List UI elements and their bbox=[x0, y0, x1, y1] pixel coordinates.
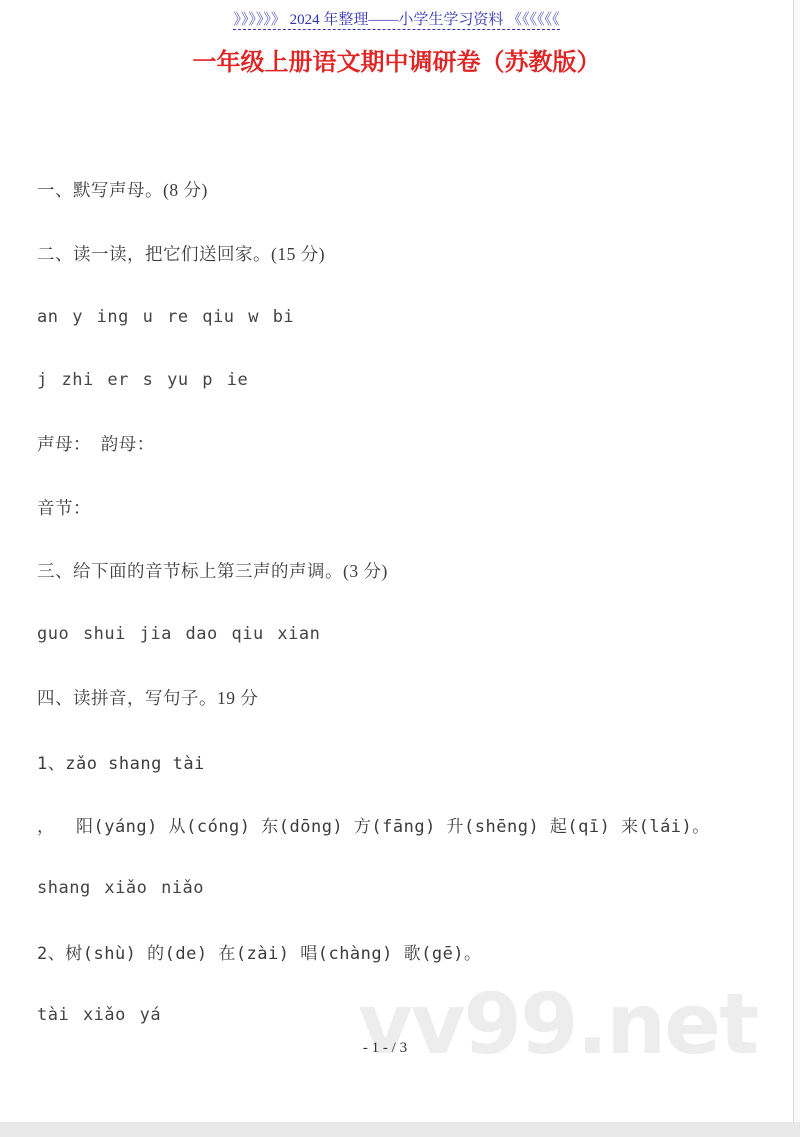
question-4-item-2-sentence: 2、树(shù) 的(de) 在(zài) 唱(chàng) 歌(gē)。 bbox=[37, 920, 777, 984]
question-4-item-1-pinyin: 1、zǎo shang tài bbox=[37, 730, 777, 794]
viewer-bottom-gap bbox=[0, 1122, 800, 1137]
pinyin-row-2: j zhi er s yu p ie bbox=[37, 349, 777, 413]
page-title: 一年级上册语文期中调研卷（苏教版） bbox=[0, 42, 793, 77]
document-page: 》》》》》》 2024 年整理——小学生学习资料 《《《《《《 一年级上册语文期… bbox=[0, 0, 793, 1122]
question-4-item-1-sentence: ， 阳(yáng) 从(cóng) 东(dōng) 方(fāng) 升(shēn… bbox=[37, 793, 777, 857]
question-4-item-2-pinyin: shang xiǎo niǎo bbox=[37, 857, 777, 921]
question-3-prompt: 三、给下面的音节标上第三声的声调。(3 分) bbox=[37, 539, 777, 603]
answer-labels-initials-finals: 声母： 韵母： bbox=[37, 412, 777, 476]
question-4-prompt: 四、读拼音，写句子。19 分 bbox=[37, 666, 777, 730]
pinyin-row-1: an y ing u re qiu w bi bbox=[37, 285, 777, 349]
question-1-prompt: 一、默写声母。(8 分) bbox=[37, 158, 777, 222]
question-2-prompt: 二、读一读，把它们送回家。(15 分) bbox=[37, 222, 777, 286]
pinyin-row-3: guo shui jia dao qiu xian bbox=[37, 603, 777, 667]
viewer-right-margin bbox=[794, 0, 800, 1122]
exam-body: 一、默写声母。(8 分) 二、读一读，把它们送回家。(15 分) an y in… bbox=[37, 158, 777, 1047]
page-number: - 1 - / 3 bbox=[0, 1040, 770, 1057]
watermark: vv99.net bbox=[358, 975, 757, 1073]
answer-label-syllables: 音节： bbox=[37, 476, 777, 540]
header-text: 》》》》》》 2024 年整理——小学生学习资料 《《《《《《 bbox=[233, 12, 559, 30]
document-header: 》》》》》》 2024 年整理——小学生学习资料 《《《《《《 bbox=[0, 8, 793, 29]
